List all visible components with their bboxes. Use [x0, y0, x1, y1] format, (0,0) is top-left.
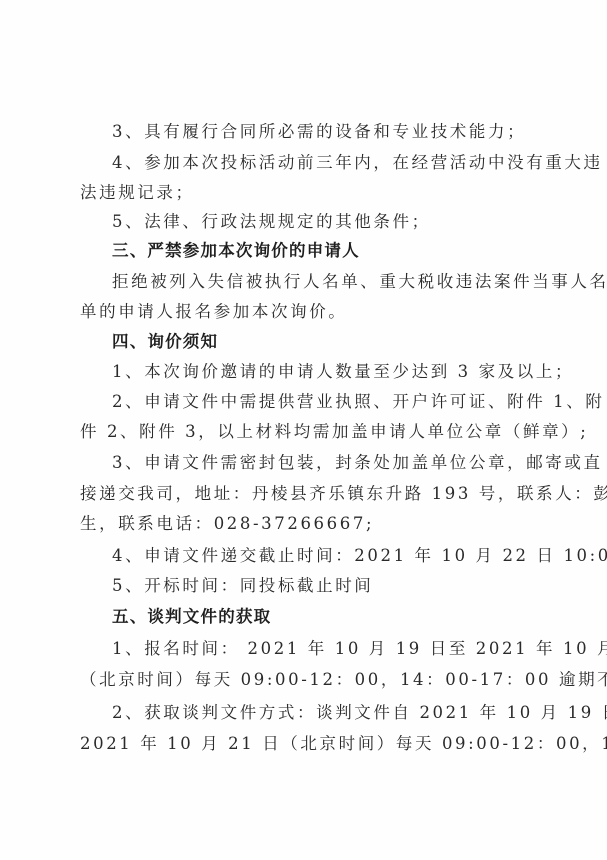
acquisition-item-2: 2、获取谈判文件方式：谈判文件自 2021 年 10 月 19 日至 [112, 702, 524, 724]
section-heading-5: 五、谈判文件的获取 [112, 606, 524, 628]
notice-item-2: 2、申请文件中需提供营业执照、开户许可证、附件 1、附 [112, 391, 524, 413]
notice-item-2-continued: 件 2、附件 3，以上材料均需加盖申请人单位公章（鲜章）; [80, 421, 524, 443]
notice-item-3-address: 接递交我司，地址：丹棱县齐乐镇东升路 193 号，联系人：彭先 [80, 483, 524, 505]
notice-item-5-opening-time: 5、开标时间：同投标截止时间 [112, 575, 524, 597]
requirement-item-4: 4、参加本次投标活动前三年内，在经营活动中没有重大违 [112, 152, 524, 174]
requirement-item-3: 3、具有履行合同所必需的设备和专业技术能力； [112, 121, 524, 143]
notice-item-3: 3、申请文件需密封包装，封条处加盖单位公章，邮寄或直 [112, 452, 524, 474]
requirement-item-5: 5、法律、行政法规规定的其他条件； [112, 211, 524, 233]
section-heading-4: 四、询价须知 [112, 331, 524, 353]
notice-item-1: 1、本次询价邀请的申请人数量至少达到 3 家及以上； [112, 361, 524, 383]
notice-item-3-phone: 生，联系电话：028-37266667; [80, 513, 524, 535]
acquisition-item-1-continued: （北京时间）每天 09:00-12：00，14：00-17：00 逾期不受理； [80, 669, 524, 691]
requirement-item-4-continued: 法违规记录； [80, 182, 524, 204]
prohibition-paragraph-continued: 单的申请人报名参加本次询价。 [80, 301, 524, 323]
document-page: 3、具有履行合同所必需的设备和专业技术能力； 4、参加本次投标活动前三年内，在经… [0, 0, 607, 860]
acquisition-item-1: 1、报名时间： 2021 年 10 月 19 日至 2021 年 10 月 21… [112, 638, 524, 660]
notice-item-4-deadline: 4、申请文件递交截止时间：2021 年 10 月 22 日 10:00。 [112, 545, 524, 567]
prohibition-paragraph: 拒绝被列入失信被执行人名单、重大税收违法案件当事人名 [112, 271, 524, 293]
section-heading-3: 三、严禁参加本次询价的申请人 [112, 240, 524, 262]
acquisition-item-2-continued: 2021 年 10 月 21 日（北京时间）每天 09:00-12：00，14：… [80, 733, 524, 755]
